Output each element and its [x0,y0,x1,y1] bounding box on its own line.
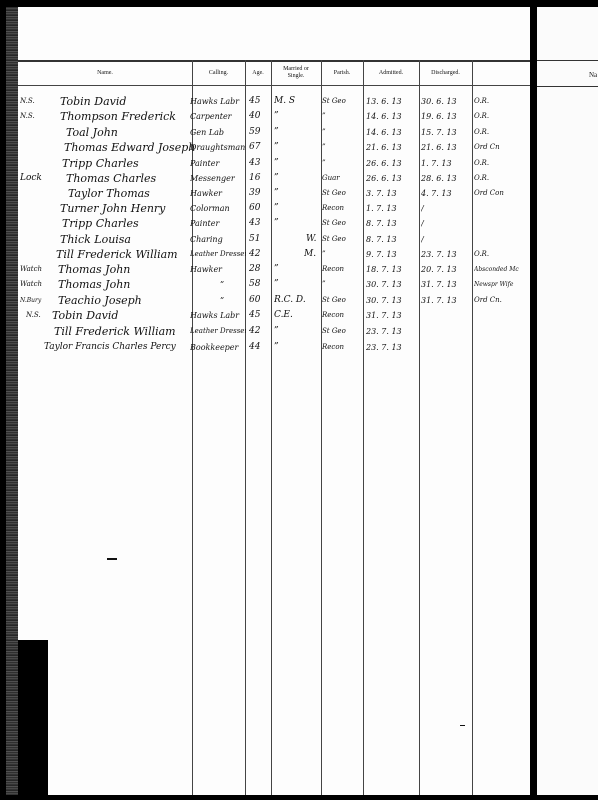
row-remarks: Absconded Mc [474,262,530,277]
row-remarks [474,324,530,339]
row-admitted: 23. 7. 13 [366,340,420,355]
row-remarks: Ord Cn. [474,293,530,308]
register-row: Taylor Thomas Hawker 39 ” St Geo 3. 7. 1… [0,186,598,201]
register-row: Thomas Edward Joseph Draughtsman 67 ” ” … [0,140,598,155]
row-discharged [421,340,473,355]
row-admitted: 26. 6. 13 [366,156,420,171]
row-admitted: 14. 6. 13 [366,125,420,140]
facing-page-rule [537,60,598,61]
row-age: 28 [249,262,271,277]
row-parish: ” [322,247,364,262]
header-bottom-rule [18,85,530,86]
row-calling: Hawks Labr [190,308,246,323]
row-mark: N.Bury [20,293,52,308]
row-remarks: Ord Cn [474,140,530,155]
ink-speck [107,558,117,560]
row-remarks: O.R. [474,247,530,262]
register-row: N.Bury Teachio Joseph ” 60 R.C. D. St Ge… [0,293,598,308]
row-discharged [421,324,473,339]
row-mark [20,324,52,339]
row-calling: Painter [190,156,246,171]
row-calling: Gen Lab [190,125,246,140]
row-parish: ” [322,140,364,155]
row-married: ” [274,340,320,355]
column-header-married: Married or Single. [278,61,314,85]
row-discharged [421,308,473,323]
row-discharged: 31. 7. 13 [421,277,473,292]
row-remarks: O.R. [474,171,530,186]
row-age: 39 [249,186,271,201]
register-row: Till Frederick William Leather Dresser 4… [0,247,598,262]
row-discharged: 4. 7. 13 [421,186,473,201]
row-married: ” [274,109,320,124]
row-married: ” [274,216,320,231]
row-calling: Carpenter [190,109,246,124]
row-parish: St Geo [322,94,364,109]
row-remarks [474,232,530,247]
row-discharged: / [421,232,473,247]
row-calling: Charing [190,232,246,247]
row-married: ” [274,262,320,277]
row-admitted: 18. 7. 13 [366,262,420,277]
row-mark: N.S. [20,109,52,124]
row-age: 43 [249,216,271,231]
row-discharged: / [421,201,473,216]
column-header-discharged: Discharged. [419,61,472,85]
row-age: 42 [249,247,271,262]
register-row: Watch Thomas John ” 58 ” ” 30. 7. 13 31.… [0,277,598,292]
row-admitted: 13. 6. 13 [366,94,420,109]
row-remarks [474,308,530,323]
row-age: 58 [249,277,271,292]
row-married: ” [274,156,320,171]
row-age: 60 [249,201,271,216]
row-discharged: / [421,216,473,231]
row-remarks [474,201,530,216]
row-parish: Guar [322,171,364,186]
row-parish: Recon [322,201,364,216]
row-admitted: 9. 7. 13 [366,247,420,262]
row-remarks: Newspr Wife [474,277,530,292]
row-discharged: 31. 7. 13 [421,293,473,308]
row-mark [20,125,52,140]
row-mark: Lock [20,171,52,186]
row-remarks: O.R. [474,156,530,171]
row-remarks: O.R. [474,125,530,140]
row-married: M. S [274,94,320,109]
column-header-admitted: Admitted. [363,61,419,85]
row-age: 45 [249,94,271,109]
row-parish: ” [322,156,364,171]
register-row: Lock Thomas Charles Messenger 16 ” Guar … [0,171,598,186]
row-name: Thomas John [58,277,214,292]
row-age: 45 [249,308,271,323]
row-name: Till Frederick William [54,324,210,339]
row-calling: Hawker [190,186,246,201]
row-calling: Bookkeeper [190,340,246,355]
ink-speck [460,725,465,726]
row-parish: St Geo [322,216,364,231]
column-header-parish: Parish. [321,61,363,85]
page-torn-corner [18,640,48,800]
row-mark [20,247,52,262]
row-mark [20,201,52,216]
row-name: Taylor Francis Charles Percy [44,340,200,355]
column-header-remarks [472,61,530,85]
row-married: ” [274,324,320,339]
row-parish: Recon [322,262,364,277]
row-parish: St Geo [322,293,364,308]
row-age: 42 [249,324,271,339]
row-parish: Recon [322,308,364,323]
facing-page-header: Na [589,71,597,79]
register-row: N.S. Tobin David Hawks Labr 45 C.E. Reco… [0,308,598,323]
row-admitted: 30. 7. 13 [366,293,420,308]
row-mark [20,232,52,247]
row-mark: Watch [20,262,52,277]
register-row: Tripp Charles Painter 43 ” St Geo 8. 7. … [0,216,598,231]
row-discharged: 23. 7. 13 [421,247,473,262]
row-admitted: 8. 7. 13 [366,232,420,247]
register-row: Watch Thomas John Hawker 28 ” Recon 18. … [0,262,598,277]
row-married: R.C. D. [274,293,320,308]
row-remarks [474,340,530,355]
register-row: Tripp Charles Painter 43 ” ” 26. 6. 13 1… [0,156,598,171]
row-name: Teachio Joseph [58,293,214,308]
row-name: Till Frederick William [56,247,212,262]
row-parish: St Geo [322,186,364,201]
row-parish: St Geo [322,232,364,247]
row-married: ” [274,186,320,201]
row-calling: Leather Dresser [190,324,246,339]
row-calling: Draughtsman [190,140,246,155]
row-calling: Colorman [190,201,246,216]
row-calling: Hawker [190,262,246,277]
column-header-name: Name. [18,61,192,85]
row-remarks [474,216,530,231]
row-age: 16 [249,171,271,186]
register-row: N.S. Thompson Frederick Carpenter 40 ” ”… [0,109,598,124]
row-admitted: 26. 6. 13 [366,171,420,186]
register-row: Till Frederick William Leather Dresser 4… [0,324,598,339]
register-row: Toal John Gen Lab 59 ” ” 14. 6. 13 15. 7… [0,125,598,140]
row-age: 40 [249,109,271,124]
row-discharged: 21. 6. 13 [421,140,473,155]
column-header-age: Age. [245,61,271,85]
row-admitted: 30. 7. 13 [366,277,420,292]
register-row: Thick Louisa Charing 51 W. St Geo 8. 7. … [0,232,598,247]
row-discharged: 20. 7. 13 [421,262,473,277]
row-admitted: 31. 7. 13 [366,308,420,323]
row-parish: Recon [322,340,364,355]
row-calling: Painter [190,216,246,231]
row-parish: ” [322,277,364,292]
row-age: 67 [249,140,271,155]
row-calling: Leather Dresser [190,247,246,262]
row-remarks: O.R. [474,109,530,124]
row-mark [20,140,52,155]
row-admitted: 3. 7. 13 [366,186,420,201]
row-married: ” [274,201,320,216]
row-discharged: 28. 6. 13 [421,171,473,186]
row-name: Tobin David [52,308,208,323]
row-age: 44 [249,340,271,355]
row-calling: Messenger [190,171,246,186]
register-row: Turner John Henry Colorman 60 ” Recon 1.… [0,201,598,216]
row-admitted: 8. 7. 13 [366,216,420,231]
row-admitted: 14. 6. 13 [366,109,420,124]
row-discharged: 19. 6. 13 [421,109,473,124]
row-calling: Hawks Labr [190,94,246,109]
row-admitted: 21. 6. 13 [366,140,420,155]
row-discharged: 30. 6. 13 [421,94,473,109]
row-discharged: 1. 7. 13 [421,156,473,171]
row-age: 59 [249,125,271,140]
row-mark: N.S. [20,94,52,109]
row-parish: ” [322,109,364,124]
row-married: ” [274,140,320,155]
row-married: C.E. [274,308,320,323]
register-row: N.S. Tobin David Hawks Labr 45 M. S St G… [0,94,598,109]
row-married: ” [274,171,320,186]
row-mark [20,156,52,171]
row-admitted: 1. 7. 13 [366,201,420,216]
row-age: 51 [249,232,271,247]
register-row: Taylor Francis Charles Percy Bookkeeper … [0,340,598,355]
row-age: 43 [249,156,271,171]
row-admitted: 23. 7. 13 [366,324,420,339]
row-mark: Watch [20,277,52,292]
row-mark [20,216,52,231]
row-remarks: O.R. [474,94,530,109]
row-discharged: 15. 7. 13 [421,125,473,140]
row-parish: ” [322,125,364,140]
row-parish: St Geo [322,324,364,339]
row-married: ” [274,125,320,140]
column-header-calling: Calling. [192,61,245,85]
facing-page-rule [537,86,598,87]
row-married: ” [274,277,320,292]
row-remarks: Ord Con [474,186,530,201]
row-mark [20,186,52,201]
row-age: 60 [249,293,271,308]
